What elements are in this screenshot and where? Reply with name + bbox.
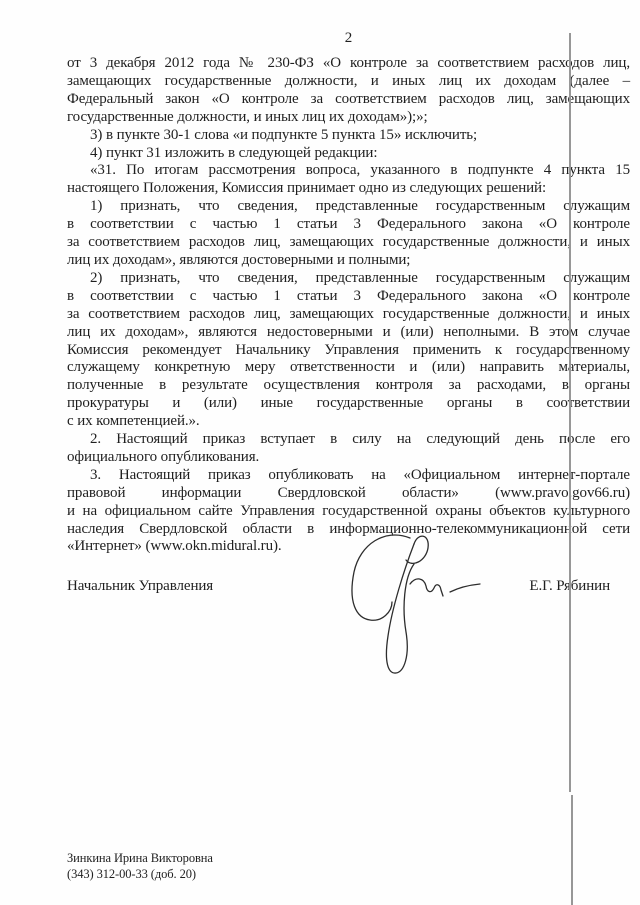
document-line: замещающих государственные должности, и …: [67, 73, 630, 91]
signature-scribble: [340, 528, 490, 678]
document-line: служащему конкретную меру ответственност…: [67, 359, 630, 377]
document-line: правовой информации Свердловской области…: [67, 485, 630, 503]
document-line: за соответствием расходов лиц, замещающи…: [67, 234, 630, 252]
document-line: 3) в пункте 30-1 слова «и подпункте 5 пу…: [67, 127, 630, 145]
document-page: 2 от 3 декабря 2012 года № 230-ФЗ «О кон…: [0, 0, 640, 905]
footer-contact-name: Зинкина Ирина Викторовна: [67, 851, 213, 867]
document-line: 4) пункт 31 изложить в следующей редакци…: [67, 145, 630, 163]
signature-top-curl: [406, 536, 428, 563]
signature-row: Начальник Управления Е.Г. Рябинин: [67, 578, 610, 596]
document-line: в соответствии с частью 1 статьи 3 Федер…: [67, 216, 630, 234]
document-line: от 3 декабря 2012 года № 230-ФЗ «О контр…: [67, 55, 630, 73]
document-line: государственные должности, и иных лиц их…: [67, 109, 630, 127]
document-line: настоящего Положения, Комиссия принимает…: [67, 180, 630, 198]
document-line: лиц их доходам», являются недостоверными…: [67, 324, 630, 342]
document-line: в соответствии с частью 1 статьи 3 Федер…: [67, 288, 630, 306]
document-body: от 3 декабря 2012 года № 230-ФЗ «О контр…: [67, 55, 630, 556]
signature-big-loop: [352, 535, 410, 620]
document-line: лиц их доходам», являются достоверными и…: [67, 252, 630, 270]
signature-dash: [450, 584, 480, 592]
document-line: 2) признать, что сведения, представленны…: [67, 270, 630, 288]
signature-m-bumps: [410, 579, 443, 596]
document-line: «31. По итогам рассмотрения вопроса, ука…: [67, 162, 630, 180]
footer-contact: Зинкина Ирина Викторовна (343) 312-00-33…: [67, 851, 213, 883]
document-line: 3. Настоящий приказ опубликовать на «Офи…: [67, 467, 630, 485]
document-line: Комиссия рекомендует Начальнику Управлен…: [67, 342, 630, 360]
scan-fold-line-upper: [569, 33, 571, 792]
signatory-position: Начальник Управления: [67, 578, 213, 596]
document-line: прокуратуры и (или) иные государственные…: [67, 395, 630, 413]
document-line: с их компетенцией.».: [67, 413, 630, 431]
document-line: за соответствием расходов лиц, замещающи…: [67, 306, 630, 324]
footer-contact-phone: (343) 312-00-33 (доб. 20): [67, 867, 213, 883]
document-line: Федеральный закон «О контроле за соответ…: [67, 91, 630, 109]
document-line: и на официальном сайте Управления госуда…: [67, 503, 630, 521]
scan-fold-line-lower: [571, 795, 573, 905]
document-line: 2. Настоящий приказ вступает в силу на с…: [67, 431, 630, 449]
document-line: 1) признать, что сведения, представленны…: [67, 198, 630, 216]
document-line: официального опубликования.: [67, 449, 630, 467]
page-number: 2: [67, 30, 630, 48]
document-line: полученные в результате осуществления ко…: [67, 377, 630, 395]
